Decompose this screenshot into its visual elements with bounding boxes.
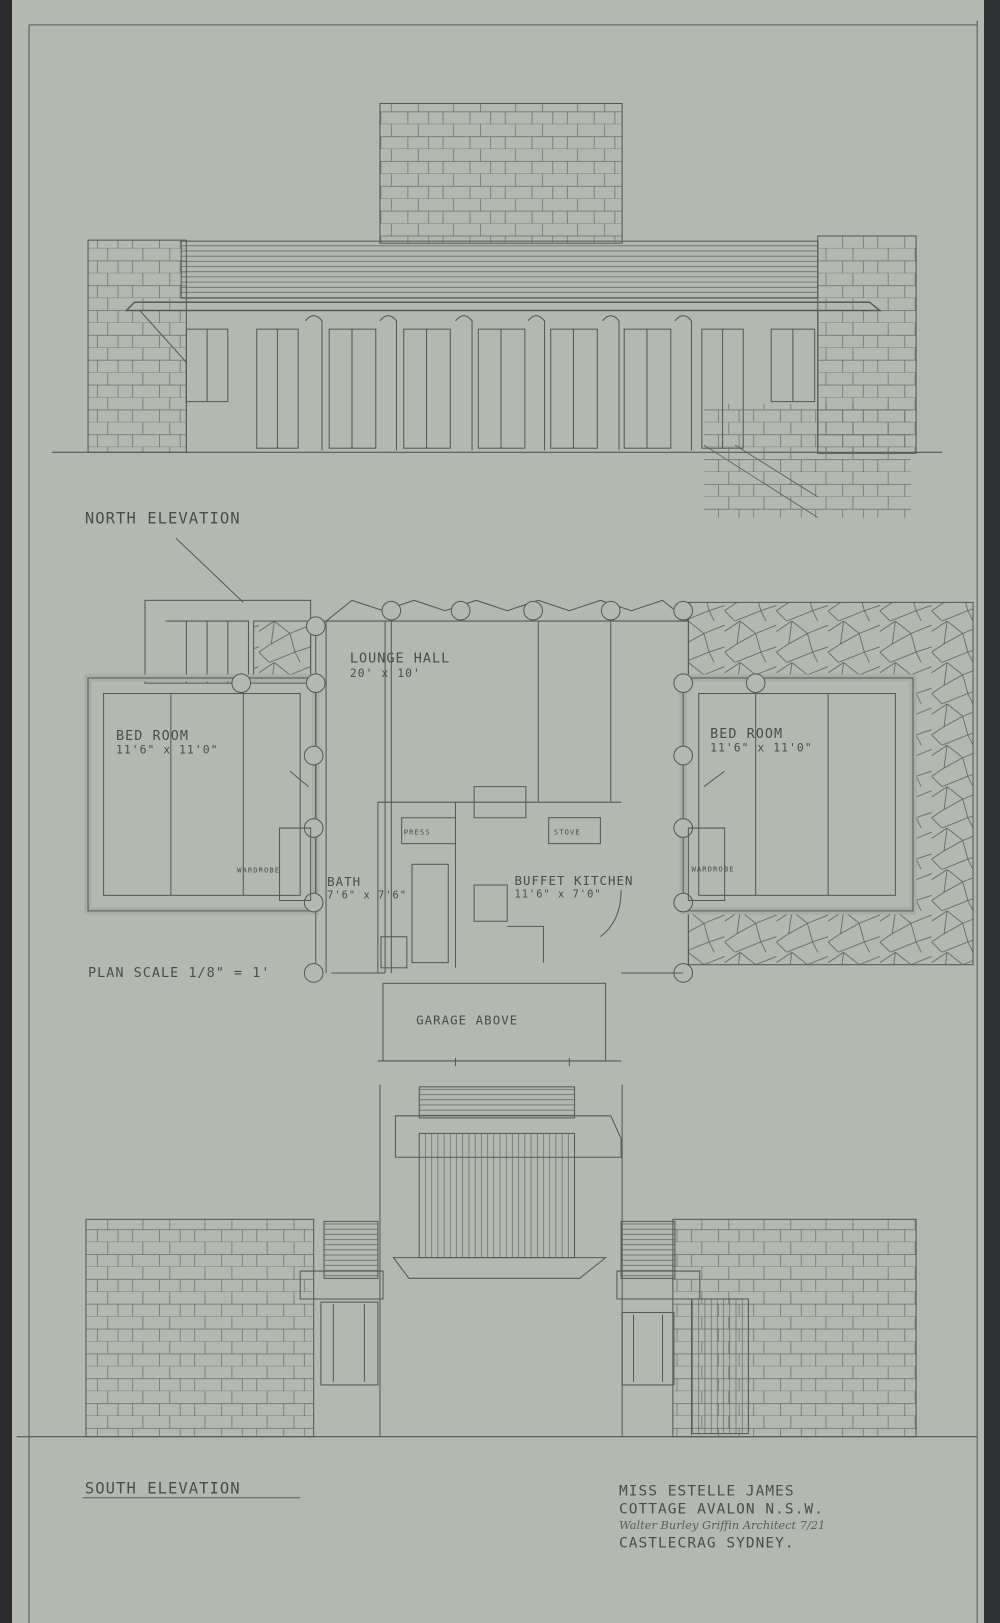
room-label-buffet-kitchen: BUFFET KITCHEN bbox=[514, 873, 633, 888]
floor-plan bbox=[88, 600, 973, 1066]
plan-scale-label: PLAN SCALE 1/8" = 1' bbox=[88, 966, 271, 981]
title-client: MISS ESTELLE JAMES bbox=[619, 1484, 795, 1500]
fixture-press: PRESS bbox=[404, 827, 431, 836]
title-architect: Walter Burley Griffin Architect 7/21 bbox=[619, 1518, 825, 1532]
north-elevation bbox=[52, 104, 942, 518]
room-dims-buffet-kitchen: 11'6" x 7'0" bbox=[514, 888, 601, 900]
fixture-wardrobe-right: WARDROBE bbox=[691, 865, 734, 874]
room-dims-bedroom-left: 11'6" x 11'0" bbox=[116, 743, 218, 757]
architectural-drawing: NORTH ELEVATION bbox=[0, 0, 1000, 1623]
title-block: MISS ESTELLE JAMES COTTAGE AVALON N.S.W.… bbox=[619, 1484, 825, 1552]
room-label-lounge-hall: LOUNGE HALL bbox=[350, 651, 450, 666]
south-elevation-label: SOUTH ELEVATION bbox=[85, 1480, 241, 1498]
south-elevation bbox=[86, 1085, 916, 1437]
fixture-stove: STOVE bbox=[554, 827, 581, 836]
room-dims-bedroom-right: 11'6" x 11'0" bbox=[710, 740, 812, 754]
room-dims-lounge-hall: 20' x 10' bbox=[350, 666, 421, 680]
room-label-bath: BATH bbox=[327, 874, 361, 889]
fixture-wardrobe-left: WARDROBE bbox=[237, 866, 280, 875]
title-location: CASTLECRAG SYDNEY. bbox=[619, 1535, 795, 1551]
garage-above-note: GARAGE ABOVE bbox=[416, 1013, 518, 1028]
title-project: COTTAGE AVALON N.S.W. bbox=[619, 1501, 824, 1517]
north-elevation-label: NORTH ELEVATION bbox=[85, 510, 241, 528]
room-dims-bath: 7'6" x 7'6" bbox=[327, 889, 407, 901]
